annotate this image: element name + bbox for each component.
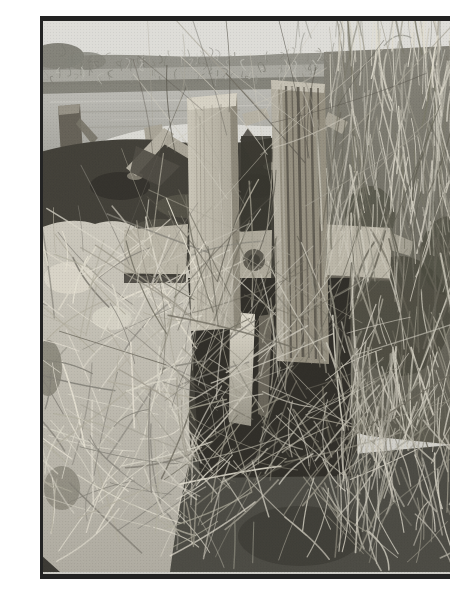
frame-left xyxy=(40,16,43,579)
halftone-overlay xyxy=(43,21,450,574)
frame-bottom xyxy=(40,574,450,579)
photo-scene xyxy=(40,16,450,579)
photograph xyxy=(40,16,450,579)
frame-top xyxy=(40,16,450,21)
photo-canvas xyxy=(40,16,450,579)
